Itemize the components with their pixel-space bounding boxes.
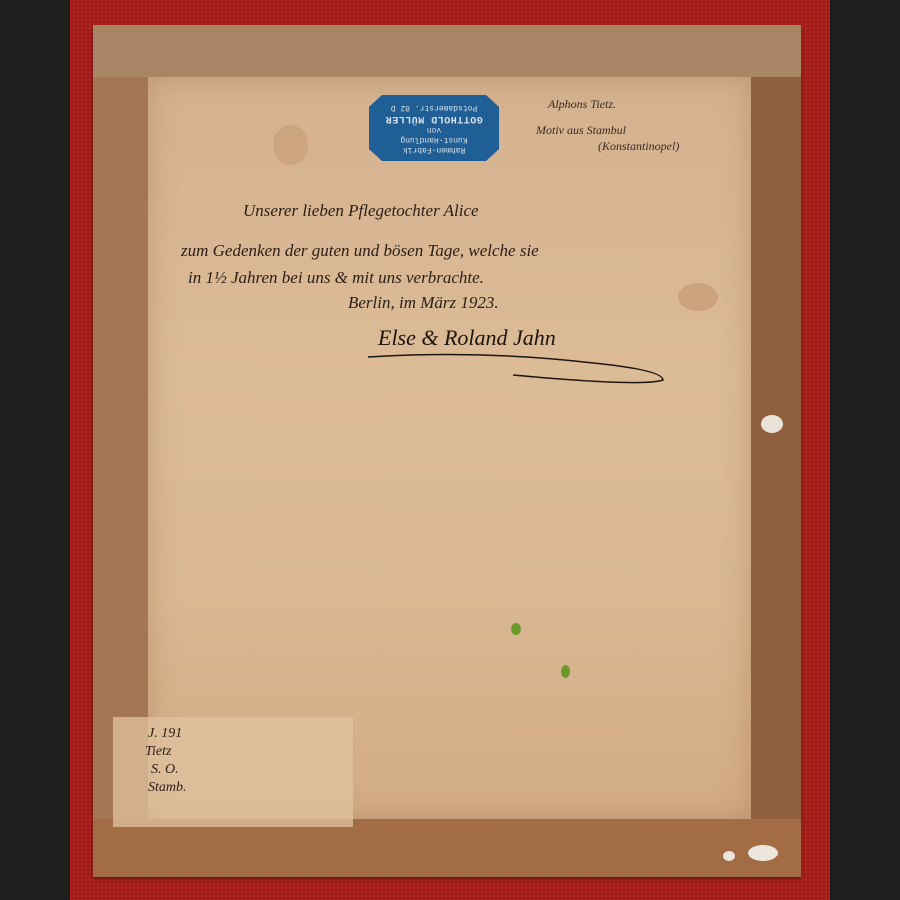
stain xyxy=(678,283,718,311)
sticker-artist: Tietz xyxy=(145,743,171,761)
green-paint-spot xyxy=(561,665,570,678)
sticker-note: S. O. xyxy=(151,761,179,779)
label-address: Potsdamerstr. 82 D xyxy=(369,102,499,112)
pencil-artist-name: Alphons Tietz. xyxy=(548,97,616,112)
paint-chip xyxy=(761,415,783,433)
backing-paper xyxy=(148,77,751,819)
inscription-line-3: in 1½ Jahren bei uns & mit uns verbracht… xyxy=(188,268,484,288)
frame-top-strip xyxy=(93,25,801,77)
paint-chip xyxy=(748,845,778,861)
frame-right-strip xyxy=(751,77,801,819)
label-line: Kunst-Handlung xyxy=(369,134,499,144)
signature-flourish xyxy=(363,345,683,390)
pencil-location: (Konstantinopel) xyxy=(598,139,679,154)
frame-bottom-strip xyxy=(93,819,801,877)
frame-left-strip xyxy=(93,77,148,819)
sticker-title: Stamb. xyxy=(148,779,187,797)
label-line: Rahmen-Fabrik xyxy=(369,144,499,154)
label-name: GOTTHOLD MÜLLER xyxy=(369,112,499,125)
stain xyxy=(273,125,308,165)
framer-label: Rahmen-Fabrik Kunst-Handlung von GOTTHOL… xyxy=(369,95,499,161)
pencil-motif: Motiv aus Stambul xyxy=(536,123,626,138)
inscription-line-1: Unserer lieben Pflegetochter Alice xyxy=(243,201,479,221)
inscription-line-2: zum Gedenken der guten und bösen Tage, w… xyxy=(181,241,539,261)
sticker-number: J. 191 xyxy=(148,725,182,743)
green-paint-spot xyxy=(511,623,521,635)
inscription-date: Berlin, im März 1923. xyxy=(348,293,499,313)
paint-chip xyxy=(723,851,735,861)
frame-backing-board: Rahmen-Fabrik Kunst-Handlung von GOTTHOL… xyxy=(93,25,801,877)
label-line: von xyxy=(369,124,499,134)
